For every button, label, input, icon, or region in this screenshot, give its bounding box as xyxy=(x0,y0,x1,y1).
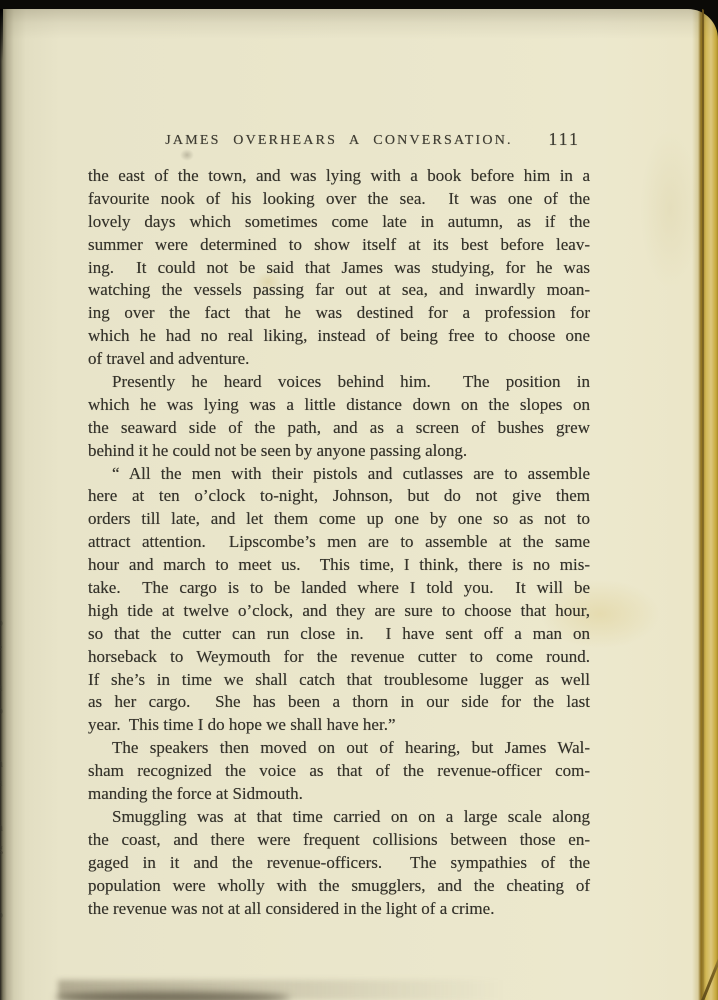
text-line: watching the vessels passing far out at … xyxy=(88,279,590,302)
bleed-character: a xyxy=(0,776,9,788)
paragraph: Presently he heard voices behind him. Th… xyxy=(88,371,590,463)
text-line: here at ten o’clock to-night, Johnson, b… xyxy=(88,485,590,508)
text-line: so that the cutter can run close in. I h… xyxy=(88,623,590,646)
text-line: ing. It could not be said that James was… xyxy=(88,257,590,280)
text-line: summer were determined to show itself at… xyxy=(88,234,590,257)
paragraph: The speakers then moved on out of hearin… xyxy=(88,737,590,806)
bleed-character: o xyxy=(0,616,9,628)
text-line: horseback to Weymouth for the revenue cu… xyxy=(88,646,590,669)
text-line: the seaward side of the path, and as a s… xyxy=(88,417,590,440)
bleed-character: t xyxy=(0,796,9,808)
text-line: ing over the fact that he was destined f… xyxy=(88,302,590,325)
paragraph: Smuggling was at that time carried on on… xyxy=(88,806,590,920)
text-line: lovely days which sometimes come late in… xyxy=(88,211,590,234)
text-line: Presently he heard voices behind him. Th… xyxy=(88,371,590,394)
page-edge-line xyxy=(702,9,704,1000)
text-line: gaged in it and the revenue-officers. Th… xyxy=(88,852,590,875)
paper-page: JAMES OVERHEARS A CONVERSATION. 111 the … xyxy=(0,9,718,1000)
text-line: Smuggling was at that time carried on on… xyxy=(88,806,590,829)
paper-stain xyxy=(640,129,700,289)
body-text: the east of the town, and was lying with… xyxy=(88,165,590,920)
text-line: sham recognized the voice as that of the… xyxy=(88,760,590,783)
text-line: attract attention. Lipscombe’s men are t… xyxy=(88,531,590,554)
bleed-character: s xyxy=(0,570,9,582)
bottom-page-shadow-dark xyxy=(55,992,290,1000)
text-line: as her cargo. She has been a thorn in ou… xyxy=(88,691,590,714)
bleed-character: l xyxy=(0,659,9,671)
text-line: orders till late, and let them come up o… xyxy=(88,508,590,531)
text-line: The speakers then moved on out of hearin… xyxy=(88,737,590,760)
text-line: the coast, and there were frequent colli… xyxy=(88,829,590,852)
text-line: hour and march to meet us. This time, I … xyxy=(88,554,590,577)
running-header: JAMES OVERHEARS A CONVERSATION. 111 xyxy=(88,131,590,151)
bleed-character: n xyxy=(0,757,9,769)
text-line: which he was lying was a little distance… xyxy=(88,394,590,417)
text-line: high tide at twelve o’clock, and they ar… xyxy=(88,600,590,623)
opposite-page-bleed-text: )sloelaonatngo xyxy=(0,0,12,1000)
text-line: behind it he could not be seen by anyone… xyxy=(88,440,590,463)
text-line: population were wholly with the smuggler… xyxy=(88,875,590,898)
bleed-character: l xyxy=(0,589,9,601)
bleed-character: ) xyxy=(0,545,9,557)
bleed-character: o xyxy=(0,704,9,716)
text-line: manding the force at Sidmouth. xyxy=(88,783,590,806)
bleed-character: a xyxy=(0,681,9,693)
chapter-running-title: JAMES OVERHEARS A CONVERSATION. xyxy=(88,131,590,151)
bleed-character: n xyxy=(0,821,9,833)
paragraph: “ All the men with their pistols and cut… xyxy=(88,463,590,738)
bleed-character: e xyxy=(0,641,9,653)
text-line: take. The cargo is to be landed where I … xyxy=(88,577,590,600)
page-number: 111 xyxy=(548,129,580,149)
text-line: the revenue was not at all considered in… xyxy=(88,898,590,921)
text-line: which he had no real liking, instead of … xyxy=(88,325,590,348)
text-block: JAMES OVERHEARS A CONVERSATION. 111 the … xyxy=(88,131,590,920)
book-scan: JAMES OVERHEARS A CONVERSATION. 111 the … xyxy=(0,0,718,1000)
text-line: the east of the town, and was lying with… xyxy=(88,165,590,188)
bleed-character: o xyxy=(0,908,9,920)
bleed-character: g xyxy=(0,842,9,854)
paragraph: the east of the town, and was lying with… xyxy=(88,165,590,371)
text-line: If she’s in time we shall catch that tro… xyxy=(88,669,590,692)
text-line: year. This time I do hope we shall have … xyxy=(88,714,590,737)
text-line: of travel and adventure. xyxy=(88,348,590,371)
text-line: “ All the men with their pistols and cut… xyxy=(88,463,590,486)
text-line: favourite nook of his looking over the s… xyxy=(88,188,590,211)
